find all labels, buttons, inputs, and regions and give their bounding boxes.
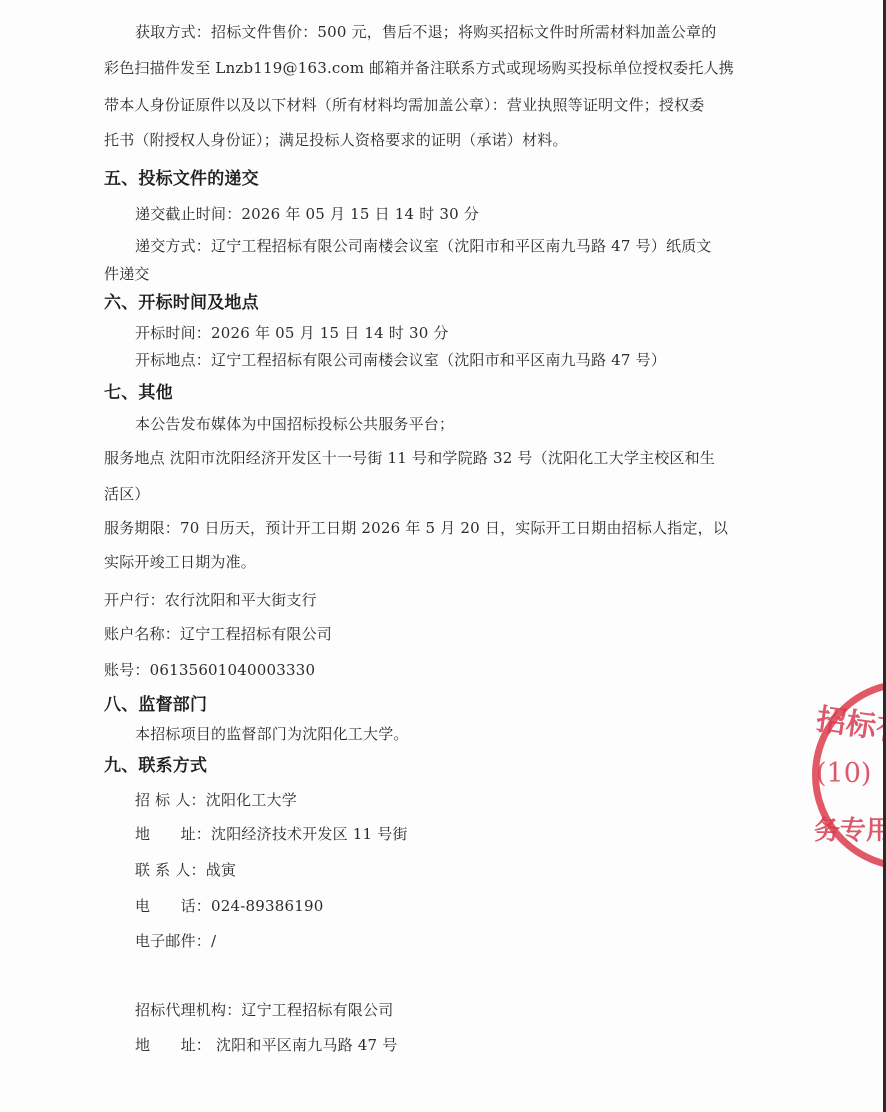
- seal-text-bottom: 务专用章: [814, 810, 886, 847]
- contact-email: 电子邮件：/: [135, 931, 216, 951]
- section-7-heading: 七、其他: [104, 383, 173, 403]
- section-9-heading: 九、联系方式: [104, 756, 207, 776]
- contact-value: 战寅: [206, 861, 236, 879]
- section-6-heading: 六、开标时间及地点: [104, 293, 259, 313]
- contact-value: /: [211, 932, 216, 950]
- contact-value: 沈阳化工大学: [206, 791, 297, 809]
- service-period-line-1: 服务期限：70 日历天，预计开工日期 2026 年 5 月 20 日，实际开工日…: [104, 518, 728, 538]
- acquisition-line-1: 获取方式：招标文件售价：500 元，售后不退；将购买招标文件时所需材料加盖公章的: [135, 22, 716, 42]
- account-name: 账户名称：辽宁工程招标有限公司: [104, 624, 332, 644]
- seal-text-number: (10): [816, 758, 871, 789]
- contact-tenderer: 招 标 人：沈阳化工大学: [135, 790, 297, 810]
- acquisition-line-3: 带本人身份证原件以及以下材料（所有材料均需加盖公章）：营业执照等证明文件；授权委: [104, 95, 705, 115]
- publish-media: 本公告发布媒体为中国招标投标公共服务平台；: [135, 414, 454, 434]
- contact-label: 地 址：: [135, 824, 211, 844]
- agency-address-label: 地 址：: [135, 1035, 211, 1055]
- service-place-line-1: 服务地点 沈阳市沈阳经济开发区十一号街 11 号和学院路 32 号（沈阳化工大学…: [104, 448, 715, 468]
- document-page: 获取方式：招标文件售价：500 元，售后不退；将购买招标文件时所需材料加盖公章的…: [0, 0, 883, 1112]
- service-place-line-2: 活区）: [104, 484, 150, 504]
- submission-method-line-1: 递交方式：辽宁工程招标有限公司南楼会议室（沈阳市和平区南九马路 47 号）纸质文: [135, 236, 712, 256]
- section-5-heading: 五、投标文件的递交: [104, 169, 259, 189]
- agency-label: 招标代理机构：: [135, 1000, 241, 1020]
- contact-person: 联 系 人：战寅: [135, 860, 236, 880]
- opening-place: 开标地点：辽宁工程招标有限公司南楼会议室（沈阳市和平区南九马路 47 号）: [135, 350, 666, 370]
- contact-value: 沈阳经济技术开发区 11 号街: [211, 825, 408, 843]
- section-8-heading: 八、监督部门: [104, 695, 207, 715]
- contact-label: 联 系 人：: [135, 860, 206, 880]
- bank-name: 开户行：农行沈阳和平大街支行: [104, 590, 317, 610]
- submission-deadline: 递交截止时间：2026 年 05 月 15 日 14 时 30 分: [135, 204, 479, 224]
- supervision-text: 本招标项目的监督部门为沈阳化工大学。: [135, 724, 409, 744]
- contact-label: 电子邮件：: [135, 931, 211, 951]
- contact-label: 电 话：: [135, 896, 211, 916]
- agency-value: 辽宁工程招标有限公司: [241, 1001, 393, 1019]
- service-period-line-2: 实际开竣工日期为准。: [104, 552, 256, 572]
- agency-name: 招标代理机构：辽宁工程招标有限公司: [135, 1000, 393, 1020]
- contact-label: 招 标 人：: [135, 790, 206, 810]
- agency-address: 地 址： 沈阳和平区南九马路 47 号: [135, 1035, 397, 1055]
- contact-address: 地 址：沈阳经济技术开发区 11 号街: [135, 824, 408, 844]
- acquisition-line-2: 彩色扫描件发至 Lnzb119@163.com 邮箱并备注联系方式或现场购买投标…: [104, 58, 734, 78]
- agency-address-value: 沈阳和平区南九马路 47 号: [211, 1036, 397, 1054]
- contact-phone: 电 话：024-89386190: [135, 896, 323, 916]
- submission-method-line-2: 件递交: [104, 264, 150, 284]
- contact-value: 024-89386190: [211, 897, 323, 915]
- acquisition-line-4: 托书（附授权人身份证）；满足投标人资格要求的证明（承诺）材料。: [104, 130, 568, 150]
- account-number: 账号：06135601040003330: [104, 660, 315, 680]
- opening-time: 开标时间：2026 年 05 月 15 日 14 时 30 分: [135, 323, 449, 343]
